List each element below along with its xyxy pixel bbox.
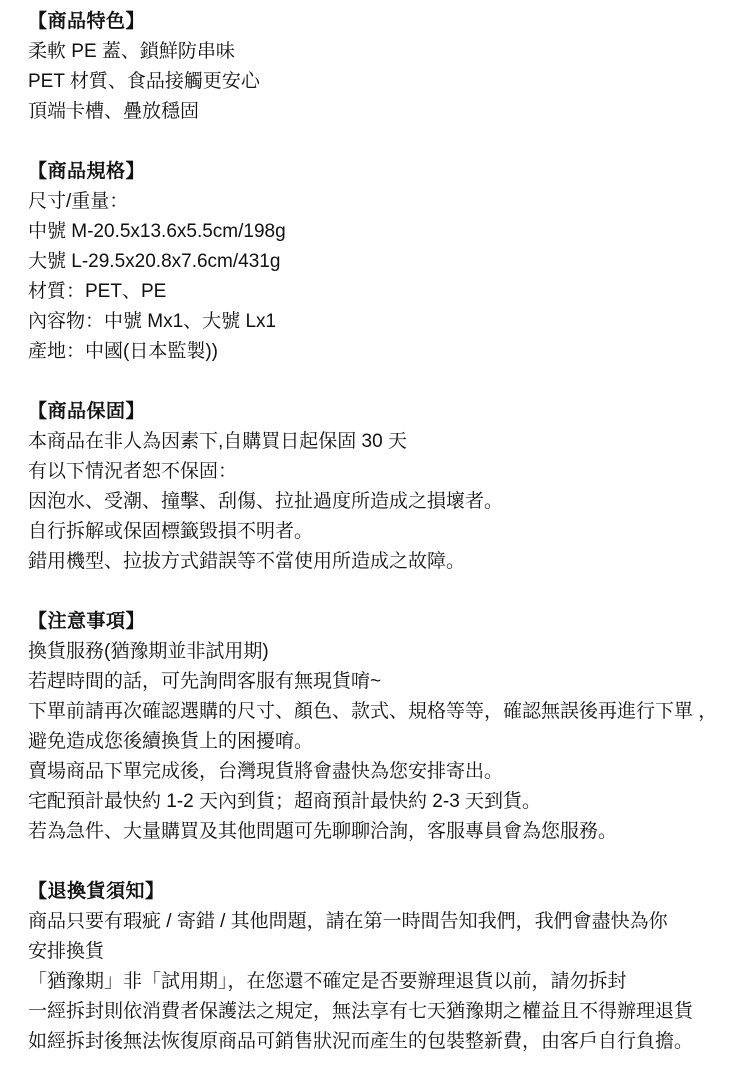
section-product-features: 【商品特色】 柔軟 PE 蓋、鎖鮮防串味 PET 材質、食品接觸更安心 頂端卡槽… — [28, 7, 746, 127]
text-line: 材質：PET、PE — [28, 277, 746, 307]
section-product-specs: 【商品規格】 尺寸/重量： 中號 M-20.5x13.6x5.5cm/198g … — [28, 157, 746, 367]
text-line: 有以下情況者恕不保固： — [28, 457, 746, 487]
text-line: 若趕時間的話，可先詢問客服有無現貨唷~ — [28, 667, 746, 697]
text-line: 大號 L-29.5x20.8x7.6cm/431g — [28, 247, 746, 277]
text-line: 錯用機型、拉拔方式錯誤等不當使用所造成之故障。 — [28, 547, 746, 577]
section-title: 【退換貨須知】 — [28, 877, 746, 907]
text-line: 自行拆解或保固標籤毀損不明者。 — [28, 517, 746, 547]
text-line: 商品只要有瑕疵 / 寄錯 / 其他問題，請在第一時間告知我們，我們會盡快為你 — [28, 907, 746, 937]
text-line: 因泡水、受潮、撞擊、刮傷、拉扯過度所造成之損壞者。 — [28, 487, 746, 517]
text-line: 頂端卡槽、疊放穩固 — [28, 97, 746, 127]
section-return-policy: 【退換貨須知】 商品只要有瑕疵 / 寄錯 / 其他問題，請在第一時間告知我們，我… — [28, 877, 746, 1057]
text-line: 若為急件、大量購買及其他問題可先聊聊洽詢，客服專員會為您服務。 — [28, 817, 746, 847]
text-line: 中號 M-20.5x13.6x5.5cm/198g — [28, 217, 746, 247]
text-line: 如經拆封後無法恢復原商品可銷售狀況而產生的包裝整新費，由客戶自行負擔。 — [28, 1027, 746, 1057]
section-notes: 【注意事項】 換貨服務(猶豫期並非試用期) 若趕時間的話，可先詢問客服有無現貨唷… — [28, 607, 746, 847]
text-line: 柔軟 PE 蓋、鎖鮮防串味 — [28, 37, 746, 67]
text-line: 避免造成您後續換貨上的困擾唷。 — [28, 727, 746, 757]
text-line: 安排換貨 — [28, 937, 746, 967]
text-line: PET 材質、食品接觸更安心 — [28, 67, 746, 97]
section-product-warranty: 【商品保固】 本商品在非人為因素下,自購買日起保固 30 天 有以下情況者恕不保… — [28, 397, 746, 577]
text-line: 下單前請再次確認選購的尺寸、顏色、款式、規格等等，確認無誤後再進行下單 ， — [28, 697, 746, 727]
section-title: 【商品保固】 — [28, 397, 746, 427]
text-line: 賣場商品下單完成後，台灣現貨將會盡快為您安排寄出。 — [28, 757, 746, 787]
text-line: 宅配預計最快約 1-2 天內到貨；超商預計最快約 2-3 天到貨。 — [28, 787, 746, 817]
text-line: 產地：中國(日本監製)) — [28, 337, 746, 367]
text-line: 一經拆封則依消費者保護法之規定，無法享有七天猶豫期之權益且不得辦理退貨 — [28, 997, 746, 1027]
section-title: 【注意事項】 — [28, 607, 746, 637]
text-line: 換貨服務(猶豫期並非試用期) — [28, 637, 746, 667]
text-line: 本商品在非人為因素下,自購買日起保固 30 天 — [28, 427, 746, 457]
text-line: 尺寸/重量： — [28, 187, 746, 217]
text-line: 內容物：中號 Mx1、大號 Lx1 — [28, 307, 746, 337]
text-line: 「猶豫期」非「試用期」，在您還不確定是否要辦理退貨以前，請勿拆封 — [28, 967, 746, 997]
section-title: 【商品規格】 — [28, 157, 746, 187]
product-description-page: 【商品特色】 柔軟 PE 蓋、鎖鮮防串味 PET 材質、食品接觸更安心 頂端卡槽… — [0, 0, 750, 1068]
section-title: 【商品特色】 — [28, 7, 746, 37]
